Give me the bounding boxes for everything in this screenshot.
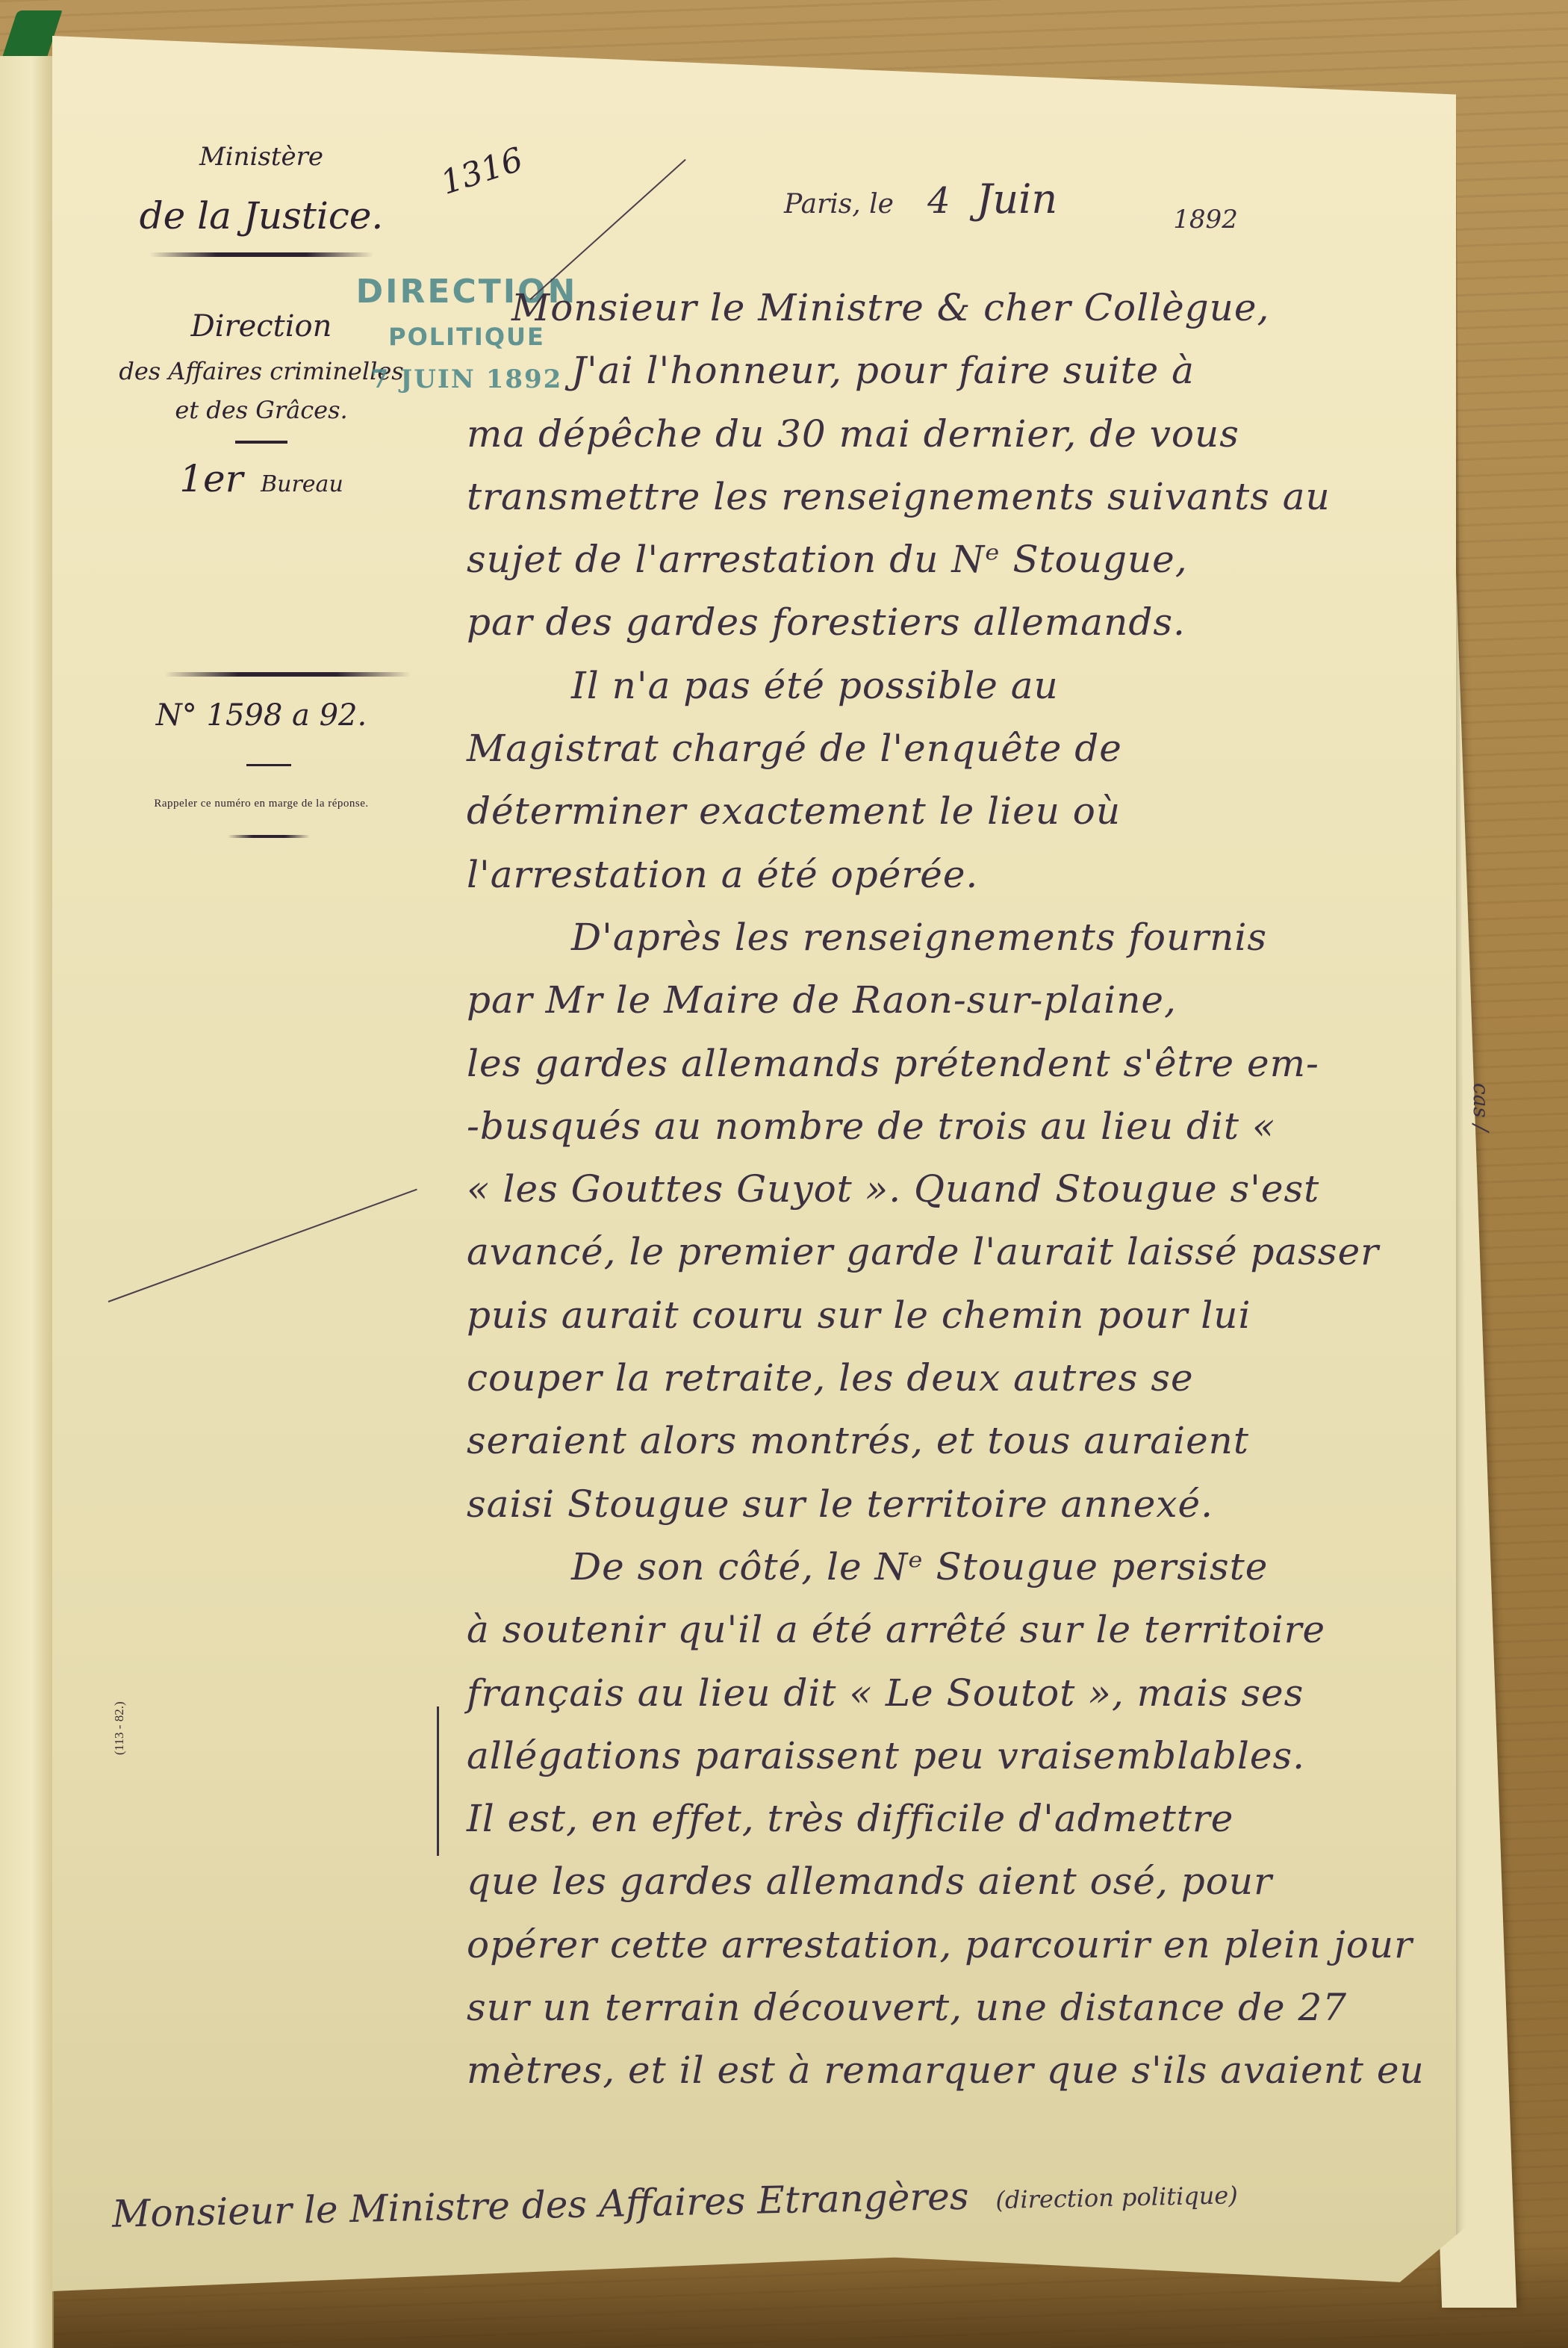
margin-vertical-line	[437, 1706, 439, 1856]
bureau-label: Bureau	[261, 471, 343, 497]
body-line: sur un terrain découvert, une distance d…	[467, 1976, 1467, 2039]
body-line: l'arrestation a été opérée.	[467, 843, 1467, 906]
body-paragraphs: J'ai l'honneur, pour faire suite àma dép…	[467, 339, 1467, 2102]
short-rule	[246, 764, 291, 766]
margin-note: cas /	[1469, 1083, 1493, 1131]
body-line: couper la retraite, les deux autres se	[467, 1347, 1467, 1409]
body-line: transmettre les renseignements suivants …	[467, 465, 1467, 528]
body-line: puis aurait couru sur le chemin pour lui	[467, 1284, 1467, 1347]
letter-body: Monsieur le Ministre & cher Collègue, J'…	[467, 276, 1467, 2102]
dateline: Paris, le 4 Juin 1892	[784, 176, 1238, 223]
short-rule	[235, 441, 287, 444]
date-place: Paris, le	[784, 189, 894, 220]
ornament-divider	[149, 252, 373, 257]
body-line: D'après les renseignements fournis	[467, 906, 1467, 969]
body-line: les gardes allemands prétendent s'être e…	[467, 1032, 1467, 1095]
body-line: que les gardes allemands aient osé, pour	[467, 1850, 1467, 1913]
print-code: (113 - 82.)	[112, 1701, 127, 1755]
letterhead-justice: de la Justice.	[52, 194, 470, 237]
body-line: ma dépêche du 30 mai dernier, de vous	[467, 403, 1467, 465]
body-line: opérer cette arrestation, parcourir en p…	[467, 1913, 1467, 1976]
reference-number: N° 1598 a 92.	[52, 698, 470, 733]
previous-page-edge	[0, 56, 54, 2348]
bureau-number: 1er	[179, 457, 243, 500]
body-line: sujet de l'arrestation du Nᵉ Stougue,	[467, 528, 1467, 591]
body-line: De son côté, le Nᵉ Stougue persiste	[467, 1535, 1467, 1598]
body-line: à soutenir qu'il a été arrêté sur le ter…	[467, 1598, 1467, 1661]
body-line: -busqués au nombre de trois au lieu dit …	[467, 1095, 1467, 1158]
ornament-divider-wide	[164, 672, 411, 677]
body-line: « les Gouttes Guyot ». Quand Stougue s'e…	[467, 1158, 1467, 1220]
letterhead-graces: et des Grâces.	[52, 396, 470, 424]
body-line: déterminer exactement le lieu où	[467, 780, 1467, 842]
date-month: Juin	[977, 176, 1057, 223]
body-line: seraient alors montrés, et tous auraient	[467, 1409, 1467, 1472]
ornament-divider-small	[228, 835, 310, 838]
body-line: allégations paraissent peu vraisemblable…	[467, 1724, 1467, 1787]
body-line: J'ai l'honneur, pour faire suite à	[467, 339, 1467, 402]
body-line: mètres, et il est à remarquer que s'ils …	[467, 2039, 1467, 2102]
salutation: Monsieur le Ministre & cher Collègue,	[467, 276, 1467, 339]
reply-reminder: Rappeler ce numéro en marge de la répons…	[52, 798, 470, 810]
body-line: par Mr le Maire de Raon-sur-plaine,	[467, 969, 1467, 1031]
addressee-note: (direction politique)	[995, 2181, 1238, 2214]
letterhead-ministere: Ministère	[52, 142, 470, 172]
body-line: avancé, le premier garde l'aurait laissé…	[467, 1220, 1467, 1283]
body-line: Il est, en effet, très difficile d'admet…	[467, 1787, 1467, 1850]
body-line: Magistrat chargé de l'enquête de	[467, 717, 1467, 780]
date-day: 4	[927, 180, 951, 222]
letterhead-bureau: 1er Bureau	[52, 457, 470, 500]
date-year: 1892	[1173, 205, 1238, 235]
body-line: par des gardes forestiers allemands.	[467, 591, 1467, 653]
body-line: français au lieu dit « Le Soutot », mais…	[467, 1662, 1467, 1724]
body-line: Il n'a pas été possible au	[467, 654, 1467, 717]
body-line: saisi Stougue sur le territoire annexé.	[467, 1473, 1467, 1535]
